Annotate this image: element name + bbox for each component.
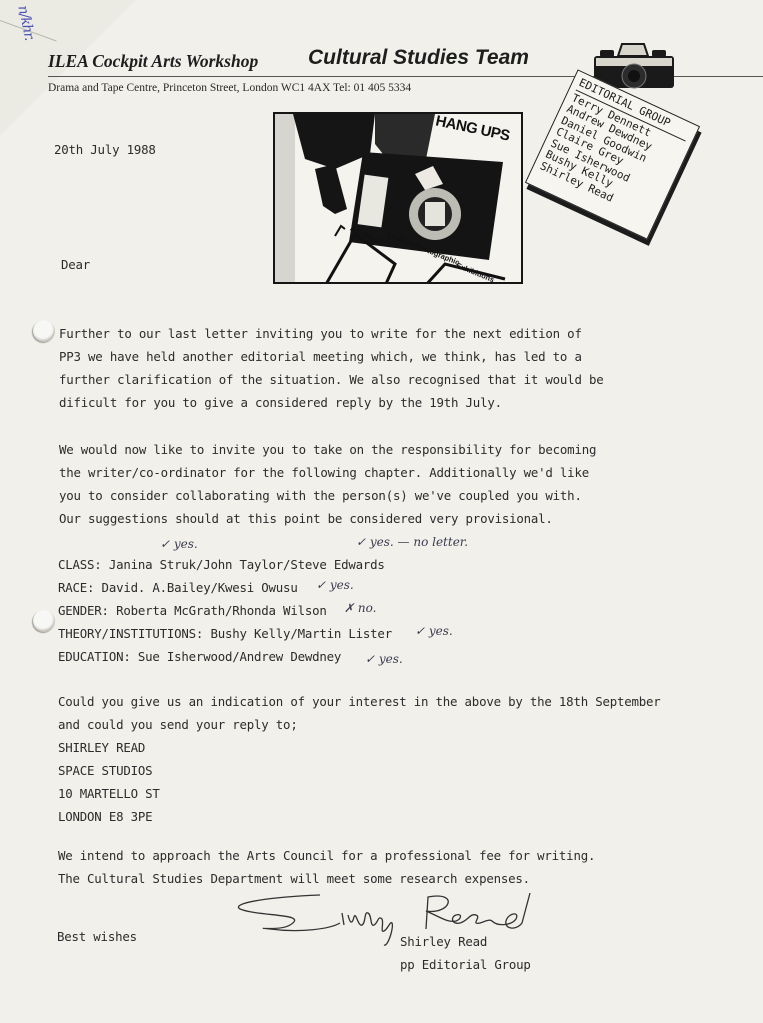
editorial-group-box: EDITORIAL GROUP Terry Dennett Andrew Dew… bbox=[525, 69, 700, 239]
paragraph-line: the writer/co-ordinator for the followin… bbox=[59, 461, 596, 484]
punch-hole bbox=[33, 320, 55, 342]
chapter-item: EDUCATION: Sue Isherwood/Andrew Dewdney bbox=[58, 645, 392, 668]
paragraph-line: dificult for you to give a considered re… bbox=[59, 391, 604, 414]
chapter-list: CLASS: Janina Struk/John Taylor/Steve Ed… bbox=[58, 553, 392, 668]
handwritten-note: ✓ yes. bbox=[316, 578, 354, 592]
signatory-role: pp Editorial Group bbox=[400, 957, 531, 972]
paragraph-line: We would now like to invite you to take … bbox=[59, 438, 596, 461]
address-line: SPACE STUDIOS bbox=[58, 759, 160, 782]
chapter-item: CLASS: Janina Struk/John Taylor/Steve Ed… bbox=[58, 553, 392, 576]
team-name: Cultural Studies Team bbox=[308, 46, 529, 70]
paragraph-line: We intend to approach the Arts Council f… bbox=[58, 844, 595, 867]
address-line: SHIRLEY READ bbox=[58, 736, 160, 759]
paragraph-line: Our suggestions should at this point be … bbox=[59, 507, 596, 530]
handwritten-note: ✓ yes. bbox=[160, 537, 198, 551]
signatory-name: Shirley Read bbox=[400, 934, 487, 949]
paragraph-4: We intend to approach the Arts Council f… bbox=[58, 844, 595, 890]
paragraph-line: The Cultural Studies Department will mee… bbox=[58, 867, 595, 890]
salutation: Dear bbox=[61, 257, 90, 272]
paragraph-1: Further to our last letter inviting you … bbox=[59, 322, 604, 414]
paragraph-line: Further to our last letter inviting you … bbox=[59, 322, 604, 345]
organisation-name: ILEA Cockpit Arts Workshop bbox=[48, 51, 258, 72]
reply-address: SHIRLEY READ SPACE STUDIOS 10 MARTELLO S… bbox=[58, 736, 160, 828]
punch-hole bbox=[33, 610, 55, 632]
letter-date: 20th July 1988 bbox=[54, 142, 156, 157]
paragraph-line: PP3 we have held another editorial meeti… bbox=[59, 345, 604, 368]
handwritten-note: ✓ yes. bbox=[415, 624, 453, 638]
handwritten-note: ✗ no. bbox=[344, 601, 376, 615]
chapter-item: THEORY/INSTITUTIONS: Bushy Kelly/Martin … bbox=[58, 622, 392, 645]
hang-ups-illustration: HANG UPS A Critical Look at Photographic… bbox=[273, 112, 523, 284]
paragraph-3: Could you give us an indication of your … bbox=[58, 690, 661, 736]
address-line: 10 MARTELLO ST bbox=[58, 782, 160, 805]
handwritten-signature bbox=[230, 893, 560, 957]
paragraph-2: We would now like to invite you to take … bbox=[59, 438, 596, 530]
handwritten-note: ✓ yes. — no letter. bbox=[356, 535, 468, 549]
handwritten-note: ✓ yes. bbox=[365, 652, 403, 666]
address-line: LONDON E8 3PE bbox=[58, 805, 160, 828]
paragraph-line: and could you send your reply to; bbox=[58, 713, 661, 736]
letterhead-address: Drama and Tape Centre, Princeton Street,… bbox=[48, 82, 411, 94]
top-left-handwriting: n/khr. bbox=[14, 4, 37, 41]
paragraph-line: Could you give us an indication of your … bbox=[58, 690, 661, 713]
paragraph-line: further clarification of the situation. … bbox=[59, 368, 604, 391]
paragraph-line: you to consider collaborating with the p… bbox=[59, 484, 596, 507]
chapter-item: GENDER: Roberta McGrath/Rhonda Wilson bbox=[58, 599, 392, 622]
closing: Best wishes bbox=[57, 929, 137, 944]
